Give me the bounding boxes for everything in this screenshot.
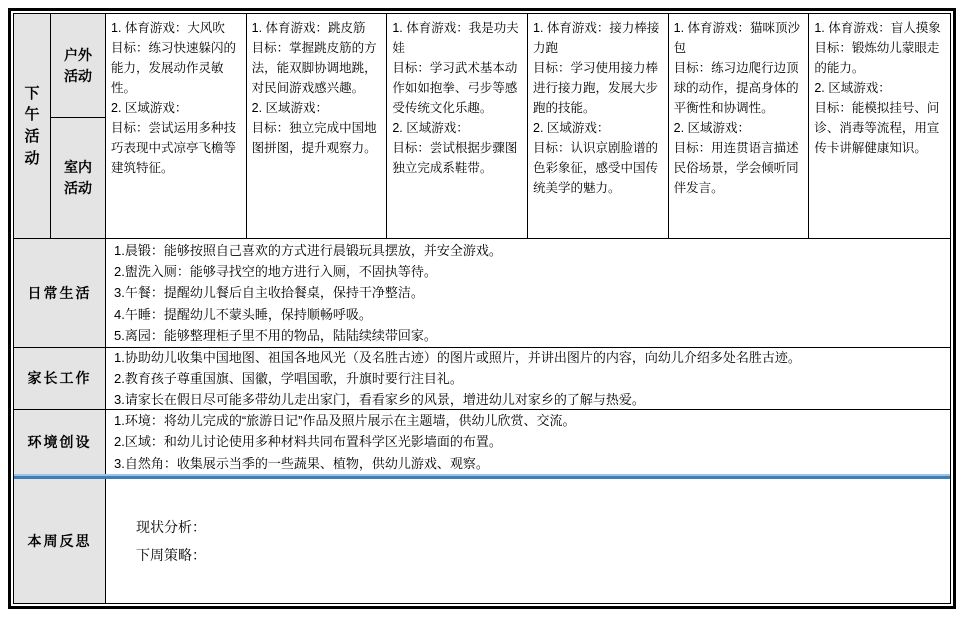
weekly-reflection-content: 现状分析： 下周策略：: [106, 479, 950, 603]
sub-label-outdoor-activities: 户外 活动: [51, 14, 105, 118]
sub-label-indoor-activities: 室内 活动: [51, 118, 105, 238]
environment-creation-content: 1.环境：将幼儿完成的“旅游日记”作品及照片展示在主题墙，供幼儿欣赏、交流。 2…: [106, 410, 950, 474]
afternoon-cell-2: 1. 体育游戏：我是功夫娃 目标：学习武术基本动作如如抱拳、弓步等感受传统文化乐…: [387, 14, 528, 239]
row-label-parent-work: 家长工作: [14, 348, 106, 410]
row-label-weekly-reflection: 本周反思: [14, 479, 106, 603]
row-label-daily-life: 日常生活: [14, 239, 106, 348]
afternoon-cell-0: 1. 体育游戏：大风吹 目标：练习快速躲闪的能力，发展动作灵敏性。 2. 区域游…: [106, 14, 247, 239]
afternoon-cell-4: 1. 体育游戏：猫咪顶沙包 目标：练习边爬行边顶球的动作，提高身体的平衡性和协调…: [669, 14, 810, 239]
row-label-environment-creation: 环境创设: [14, 410, 106, 474]
afternoon-cell-3: 1. 体育游戏：接力棒接力跑 目标：学习使用接力棒进行接力跑，发展大步跑的技能。…: [528, 14, 669, 239]
daily-life-content: 1.晨锻：能够按照自己喜欢的方式进行晨锻玩具摆放，并安全游戏。 2.盥洗入厕：能…: [106, 239, 950, 348]
parent-work-content: 1.协助幼儿收集中国地图、祖国各地风光（及名胜古迹）的图片或照片，并讲出图片的内…: [106, 348, 950, 410]
row-label-afternoon-activities: 下 午 活 动: [14, 14, 51, 239]
afternoon-sub-labels: 户外 活动 室内 活动: [51, 14, 106, 239]
afternoon-cell-1: 1. 体育游戏：跳皮筋 目标：掌握跳皮筋的方法，能双脚协调地跳，对民间游戏感兴趣…: [247, 14, 388, 239]
afternoon-cell-5: 1. 体育游戏：盲人摸象 目标：锻炼幼儿蒙眼走的能力。 2. 区域游戏： 目标：…: [809, 14, 950, 239]
document-outer-frame: 下 午 活 动 户外 活动 室内 活动 1. 体育游戏：大风吹 目标：练习快速躲…: [8, 8, 956, 609]
weekly-plan-table: 下 午 活 动 户外 活动 室内 活动 1. 体育游戏：大风吹 目标：练习快速躲…: [13, 13, 951, 604]
